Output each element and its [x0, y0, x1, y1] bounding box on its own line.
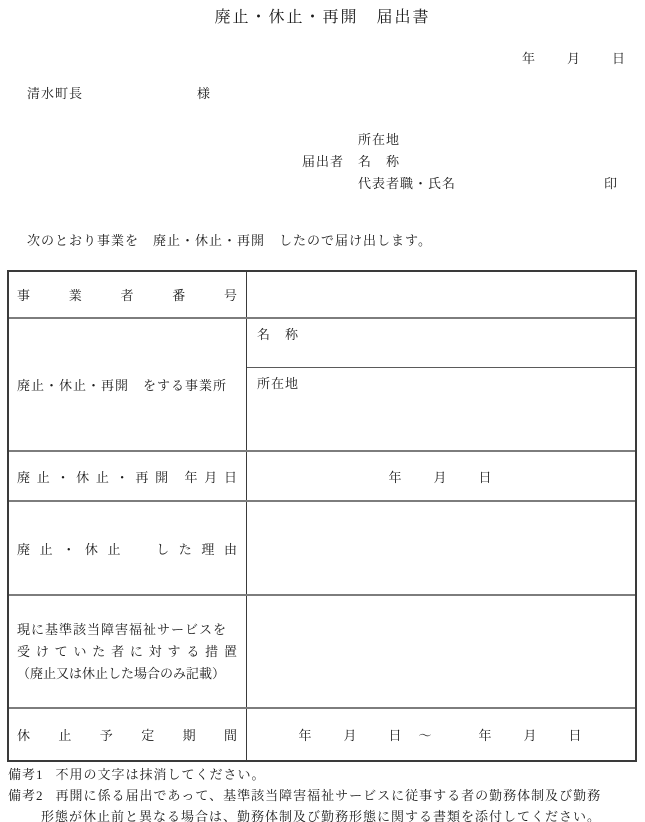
date-row-value: 年 月 日 [388, 467, 493, 486]
submission-date-line: 年 月 日 [522, 48, 627, 67]
measures-label-cell: 現に基準該当障害福祉サービスを 受 け て い た 者 に 対 す る 措 置 … [9, 596, 247, 707]
note-1-text: 不用の文字は抹消してください。 [56, 767, 266, 782]
date-row-label-cell: 廃 止 ・ 休 止 ・ 再 開 年 月 日 [9, 452, 247, 500]
measures-label-line2: 受 け て い た 者 に 対 す る 措 置 [17, 641, 238, 663]
note-1: 備考1不用の文字は抹消してください。 [8, 764, 642, 785]
footer-notes: 備考1不用の文字は抹消してください。 備考2再開に係る届出であって、基準該当障害… [8, 764, 642, 822]
note-2-text: 再開に係る届出であって、基準該当障害福祉サービスに従事する者の勤務体制及び勤務 [56, 788, 602, 803]
table-row-office: 廃止・休止・再開 をする事業所 名 称 所在地 [9, 317, 635, 450]
table-row-date: 廃 止 ・ 休 止 ・ 再 開 年 月 日 年 月 日 [9, 450, 635, 500]
addressee-name: 清水町長 [27, 83, 83, 102]
office-address-label: 所在地 [257, 376, 299, 391]
form-page: { "document": { "title": "廃止・休止・再開 届出書",… [0, 0, 645, 822]
office-name-cell: 名 称 [247, 319, 635, 367]
reason-label-cell: 廃 止 ・ 休 止 し た 理 由 [9, 502, 247, 594]
suspension-period-label-cell: 休 止 予 定 期 間 [9, 709, 247, 760]
statement-line: 次のとおり事業を 廃止・休止・再開 したので届け出します。 [27, 230, 432, 249]
business-number-label: 事 業 者 番 号 [17, 285, 238, 304]
measures-label-line3: （廃止又は休止した場合のみ記載） [17, 663, 238, 685]
office-address-cell: 所在地 [247, 367, 635, 449]
document-title: 廃止・休止・再開 届出書 [0, 4, 645, 27]
business-number-value-cell [247, 272, 635, 317]
note-2: 備考2再開に係る届出であって、基準該当障害福祉サービスに従事する者の勤務体制及び… [8, 785, 642, 806]
table-row-suspension-period: 休 止 予 定 期 間 年 月 日 ～ 年 月 日 [9, 707, 635, 760]
note-1-label: 備考1 [8, 767, 44, 782]
addressee-honorific: 様 [197, 83, 211, 102]
note-2-continuation: 形態が休止前と異なる場合は、勤務体制及び勤務形態に関する書類を添付してください。 [8, 806, 642, 822]
table-row-reason: 廃 止 ・ 休 止 し た 理 由 [9, 500, 635, 594]
office-label-cell: 廃止・休止・再開 をする事業所 [9, 319, 247, 450]
suspension-period-label: 休 止 予 定 期 間 [17, 725, 238, 744]
table-row-business-number: 事 業 者 番 号 [9, 272, 635, 317]
measures-label: 現に基準該当障害福祉サービスを 受 け て い た 者 に 対 す る 措 置 … [17, 619, 238, 685]
measures-label-line1: 現に基準該当障害福祉サービスを [17, 619, 238, 641]
notification-table: 事 業 者 番 号 廃止・休止・再開 をする事業所 名 称 所在地 廃 止 ・ … [7, 270, 637, 762]
date-row-label: 廃 止 ・ 休 止 ・ 再 開 年 月 日 [17, 467, 238, 486]
declarant-representative-label: 代表者職・氏名 [358, 173, 456, 192]
measures-value-cell [247, 596, 635, 707]
seal-mark: 印 [604, 173, 618, 192]
office-value-cell: 名 称 所在地 [247, 319, 635, 450]
note-2-label: 備考2 [8, 788, 44, 803]
declarant-label: 届出者 [302, 151, 344, 170]
reason-label: 廃 止 ・ 休 止 し た 理 由 [17, 539, 238, 558]
office-label: 廃止・休止・再開 をする事業所 [17, 375, 227, 394]
business-number-label-cell: 事 業 者 番 号 [9, 272, 247, 317]
date-row-value-cell: 年 月 日 [247, 452, 635, 500]
declarant-address-label: 所在地 [358, 129, 400, 148]
declarant-name-label: 名 称 [358, 151, 400, 170]
office-name-label: 名 称 [257, 327, 299, 342]
suspension-period-value: 年 月 日 ～ 年 月 日 [298, 725, 583, 744]
reason-value-cell [247, 502, 635, 594]
table-row-measures: 現に基準該当障害福祉サービスを 受 け て い た 者 に 対 す る 措 置 … [9, 594, 635, 707]
suspension-period-value-cell: 年 月 日 ～ 年 月 日 [247, 709, 635, 760]
